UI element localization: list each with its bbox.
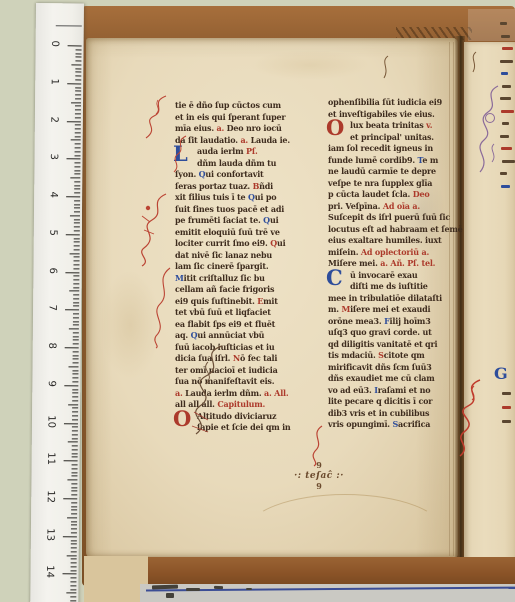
ruler-tick xyxy=(75,98,81,99)
text-line: dib3 vris et in cubilibus xyxy=(328,408,429,420)
ruler-tick xyxy=(73,321,79,322)
ruler-number: 5 xyxy=(47,224,58,240)
text-line: ophenſibilia ſūt iudicia ei9 xyxy=(328,97,442,109)
text-line: lite pecare q dicitis ī cor xyxy=(328,396,432,408)
clipped-text-fragment xyxy=(501,147,512,150)
ruler-tick xyxy=(67,517,77,518)
ruler-tick xyxy=(66,234,80,235)
ruler-tick xyxy=(74,230,80,231)
ruler-tick xyxy=(75,94,81,95)
text-line: et principal' unitas. xyxy=(328,132,434,144)
ruler-tick xyxy=(68,442,78,443)
ruler-tick xyxy=(71,540,77,541)
ruler: 01234567891011121314 xyxy=(30,3,84,602)
ruler-tick xyxy=(71,562,77,563)
text-line: tet vbū ſuū et liqfaciet xyxy=(175,307,271,319)
clipped-text-fragment xyxy=(500,172,507,175)
ruler-tick xyxy=(73,362,79,363)
ruler-tick xyxy=(73,332,79,333)
text-line: vo ad eū3. Iraſami et no xyxy=(328,385,430,397)
ruler-tick xyxy=(75,57,81,58)
ruler-tick xyxy=(75,113,81,114)
clipped-text-fragment xyxy=(501,35,510,38)
ruler-tick xyxy=(66,196,80,197)
text-line: ea flabit ſps ei9 et fluēt xyxy=(175,319,275,331)
ruler-tick xyxy=(70,578,76,579)
debris-mark xyxy=(214,586,223,589)
debris-mark xyxy=(246,588,252,590)
ruler-tick xyxy=(72,393,78,394)
ruler-number: 2 xyxy=(48,111,59,127)
penwork-flourish-red xyxy=(146,266,176,350)
ruler-tick xyxy=(75,76,81,77)
text-line: Mitit criſtalluz ſic bu xyxy=(175,273,265,285)
ruler-tick xyxy=(75,117,81,118)
ruler-tick xyxy=(74,208,80,209)
text-line: mīa eius. a. Deo nro iocū xyxy=(175,123,282,135)
text-line: et in eis qui ſperant ſuper xyxy=(175,112,285,124)
ruler-tick xyxy=(69,366,79,367)
ruler-tick xyxy=(72,464,78,465)
ruler-tick xyxy=(71,472,77,473)
ruler-tick xyxy=(72,468,78,469)
ruler-tick xyxy=(71,64,81,65)
text-line: Miſere mei. a. Añ. Pſ. tel. xyxy=(328,258,435,270)
ruler-tick xyxy=(64,385,78,386)
ruler-tick xyxy=(75,106,81,107)
ruler-tick xyxy=(75,155,81,156)
ruler-tick xyxy=(73,268,79,269)
ruler-tick xyxy=(73,302,79,303)
ruler-tick xyxy=(72,396,78,397)
text-line: diſti me ds iuſtitie xyxy=(328,281,428,293)
text-line: locutus eſt ad habraam et ſemē xyxy=(328,224,463,236)
text-line: dñs exaudiet me cū clam xyxy=(328,373,435,385)
ruler-tick xyxy=(74,249,80,250)
ruler-tick xyxy=(71,491,77,492)
ruler-tick xyxy=(73,279,79,280)
ruler-number: 9 xyxy=(46,375,57,391)
stain-arc xyxy=(246,494,444,570)
clipped-text-fragment xyxy=(502,122,509,125)
text-line: lux beata trinitas v. xyxy=(328,120,432,132)
ruler-tick xyxy=(72,411,78,412)
text-line: cellam añ facie frigoris xyxy=(175,284,274,296)
text-line: uſq3 quo gravi corde. ut xyxy=(328,327,432,339)
text-line: ū invocarē exau xyxy=(328,270,417,282)
text-line: mee in tribulatiōe dilataſti xyxy=(328,293,442,305)
ruler-tick xyxy=(75,110,81,111)
ruler-tick xyxy=(71,476,77,477)
ruler-tick xyxy=(72,430,78,431)
ruler-tick xyxy=(73,351,79,352)
ruler-number: 6 xyxy=(47,262,58,278)
ruler-number: 3 xyxy=(48,149,59,165)
text-line: miſein. Ad oplectoriū a. xyxy=(328,247,429,259)
manuscript-photo: 01234567891011121314 tie ē dño ſup cūcto… xyxy=(0,0,515,602)
ruler-tick xyxy=(72,427,78,428)
ruler-tick xyxy=(75,147,81,148)
ruler-tick xyxy=(70,589,76,590)
pen-trial-cadel xyxy=(182,342,236,438)
ruler-tick xyxy=(73,287,79,288)
clipped-text-fragment xyxy=(501,185,510,188)
ruler-tick xyxy=(73,317,79,318)
ruler-tick xyxy=(70,253,80,254)
clipped-text-fragment xyxy=(500,22,507,25)
ruler-tick xyxy=(68,404,78,405)
ruler-tick xyxy=(71,483,77,484)
ruler-tick xyxy=(74,204,80,205)
text-line: pe frumēti ſaciat te. Qui xyxy=(175,215,278,227)
ruler-tick xyxy=(74,200,80,201)
ruler-number: 11 xyxy=(45,451,56,467)
ruler-tick xyxy=(71,506,77,507)
ruler-tick xyxy=(67,83,81,84)
ruler-tick xyxy=(72,408,78,409)
penwork-flourish-red xyxy=(132,190,174,268)
clipped-text-fragment xyxy=(500,97,511,100)
ruler-tick xyxy=(72,370,78,371)
ruler-tick xyxy=(75,128,81,129)
ruler-tick xyxy=(71,502,77,503)
ruler-tick xyxy=(71,570,77,571)
ruler-tick xyxy=(71,566,77,567)
ruler-tick xyxy=(67,479,77,480)
text-line: Suſcepit ds iſrl puerū ſuū ſic xyxy=(328,212,450,224)
ruler-tick xyxy=(74,193,80,194)
ruler-tick xyxy=(70,600,76,601)
ruler-tick xyxy=(65,347,79,348)
ruler-tick xyxy=(74,223,80,224)
text-line: p cūcta laudet ſcla. Deo xyxy=(328,189,429,201)
text-line: xit filius tuis ī te Qui po xyxy=(175,192,276,204)
ruler-tick xyxy=(72,457,78,458)
text-line: aq. Qui annūciat vbū xyxy=(175,330,264,342)
ruler-tick xyxy=(74,211,80,212)
clipped-text-fragment xyxy=(502,406,511,409)
ruler-tick xyxy=(72,415,78,416)
clipped-text-fragment xyxy=(500,60,513,63)
ruler-tick xyxy=(71,102,81,103)
ruler-tick xyxy=(72,419,78,420)
ruler-number: 10 xyxy=(45,413,56,429)
initial-penwork-red xyxy=(166,134,192,174)
text-line: lociter currit ſmo ei9. Qui xyxy=(175,238,285,250)
ruler-tick xyxy=(63,574,77,575)
ruler-number: 13 xyxy=(44,526,55,542)
clipped-text-fragment xyxy=(501,72,508,75)
ruler-tick xyxy=(67,121,81,122)
text-line: orōne mea3. Filij hoīm3 xyxy=(328,316,431,328)
ruler-tick xyxy=(72,453,78,454)
ruler-tick xyxy=(69,328,79,329)
ruler-tick xyxy=(73,283,79,284)
debris-mark xyxy=(166,593,174,598)
text-line: da ſit laudatio. a. Lauda ie. xyxy=(175,135,290,147)
ruler-tick xyxy=(66,593,76,594)
ruler-tick xyxy=(74,185,80,186)
ruler-tick xyxy=(72,378,78,379)
catchword-mark-below: 9 xyxy=(284,482,354,491)
ruler-tick xyxy=(69,291,79,292)
ruler-tick xyxy=(64,460,78,461)
ruler-tick xyxy=(70,215,80,216)
ruler-tick xyxy=(63,498,77,499)
ruler-number: 8 xyxy=(46,338,57,354)
ruler-tick xyxy=(75,91,81,92)
ruler-tick xyxy=(72,374,78,375)
ruler-tick xyxy=(71,510,77,511)
ruler-tick xyxy=(66,158,80,159)
ruler-tick xyxy=(65,272,79,273)
ruler-tick xyxy=(74,260,80,261)
ruler-tick xyxy=(70,596,76,597)
clipped-text-fragment xyxy=(502,392,511,395)
page-edge-line xyxy=(453,42,454,556)
ruler-tick xyxy=(73,359,79,360)
ruler-tick xyxy=(70,177,80,178)
clipped-text-fragment xyxy=(502,160,515,163)
clipped-text-fragment xyxy=(502,85,511,88)
ruler-tick xyxy=(74,170,80,171)
ruler-tick xyxy=(72,381,78,382)
ruler-tick xyxy=(65,309,79,310)
ruler-tick xyxy=(71,551,77,552)
ruler-tick xyxy=(73,340,79,341)
ruler-tick xyxy=(75,143,81,144)
ruler-tick xyxy=(75,60,81,61)
text-line: ei9 quis ſuſtinebit. Emit xyxy=(175,296,278,308)
penwork-descender-red xyxy=(306,424,328,468)
ruler-tick xyxy=(74,242,80,243)
ruler-tick xyxy=(75,72,81,73)
ruler-number: 0 xyxy=(49,36,60,52)
ruler-tick xyxy=(72,449,78,450)
ruler-tick xyxy=(74,238,80,239)
ruler-tick xyxy=(74,227,80,228)
red-squiggle-paraph xyxy=(450,376,488,460)
ruler-tick xyxy=(74,219,80,220)
clipped-text-fragment xyxy=(502,420,511,423)
right-text-column: ophenſibilia ſūt iudicia ei9et inveſtiga… xyxy=(328,97,452,437)
ruler-tick xyxy=(71,521,77,522)
ruler-tick xyxy=(73,344,79,345)
ruler-tick xyxy=(70,585,76,586)
ruler-tick xyxy=(73,276,79,277)
ruler-tick xyxy=(75,79,81,80)
ruler-tick xyxy=(71,140,81,141)
ruler-tick xyxy=(73,325,79,326)
text-line: m. Miſere mei et exaudi xyxy=(328,304,430,316)
ruler-tick xyxy=(75,132,81,133)
ruler-tick xyxy=(70,581,76,582)
ruler-tick xyxy=(71,532,77,533)
ruler-tick xyxy=(74,181,80,182)
ruler-tick xyxy=(71,544,77,545)
ruler-number: 1 xyxy=(49,73,60,89)
ruler-tick xyxy=(71,525,77,526)
ruler-tick xyxy=(73,306,79,307)
ruler-tick xyxy=(73,336,79,337)
text-line: funde lumē cordib9. Te m xyxy=(328,155,438,167)
ruler-tick xyxy=(75,68,81,69)
text-line: eius exaltare humiles. iuxt xyxy=(328,235,442,247)
text-line: vris opungimī. Sacrifica xyxy=(328,419,430,431)
ruler-tick xyxy=(76,53,82,54)
ruler-tick xyxy=(71,547,77,548)
ruler-tick xyxy=(63,536,77,537)
text-line: ſuit fines tuos pacē et adi xyxy=(175,204,284,216)
ruler-tick xyxy=(73,298,79,299)
text-line: ſeras portaz tuaz. Bñdi xyxy=(175,181,273,193)
text-line: tis mdaciū. Scitote qm xyxy=(328,350,425,362)
ruler-tick xyxy=(75,87,81,88)
ruler-tick xyxy=(71,495,77,496)
ruler-tick xyxy=(72,434,78,435)
underlying-leaf-edge xyxy=(84,556,148,602)
ruler-tick xyxy=(74,257,80,258)
ruler-tick xyxy=(73,264,79,265)
ruler-tick xyxy=(74,162,80,163)
debris-mark xyxy=(186,588,200,591)
text-line: qd diligitis vanitatē et qri xyxy=(328,339,437,351)
ruler-number: 7 xyxy=(46,300,57,316)
ruler-tick xyxy=(73,294,79,295)
text-line: pri. Veſpīna. Ad oīa a. xyxy=(328,201,420,213)
text-line: ne laudū carmīe te depre xyxy=(328,166,436,178)
text-line: dat nivē ſic lanaz nebu xyxy=(175,250,272,262)
ruler-tick xyxy=(76,49,82,50)
ruler-tick xyxy=(74,245,80,246)
ruler-tick xyxy=(74,189,80,190)
ruler-number: 4 xyxy=(48,187,59,203)
facing-page-partial-initial: G xyxy=(494,364,515,383)
ruler-tick xyxy=(74,166,80,167)
ruler-tick xyxy=(75,125,81,126)
ruler-number: 14 xyxy=(44,564,55,580)
text-line: lam ſic cinerē ſpargit. xyxy=(175,261,268,273)
ruler-number: 12 xyxy=(45,488,56,504)
ruler-printed-edge xyxy=(56,25,82,26)
text-line: iam ſol recedit igneus in xyxy=(328,143,433,155)
pen-curl xyxy=(466,50,482,74)
clipped-text-fragment xyxy=(500,135,509,138)
ruler-tick xyxy=(72,389,78,390)
ruler-tick xyxy=(71,513,77,514)
ruler-tick xyxy=(72,438,78,439)
ruler-tick xyxy=(73,355,79,356)
text-line: mirificavit dñs ſcm ſuū3 xyxy=(328,362,432,374)
text-line: veſpe te nra ſupplex glīa xyxy=(328,178,432,190)
ruler-tick xyxy=(72,445,78,446)
text-line: tie ē dño ſup cūctos cum xyxy=(175,100,281,112)
ruler-tick xyxy=(72,400,78,401)
ruler-tick xyxy=(64,423,78,424)
ruler-tick xyxy=(73,313,79,314)
ruler-tick xyxy=(68,45,82,46)
text-line: emitit eloquiū ſuū trē ve xyxy=(175,227,280,239)
pen-curl xyxy=(376,54,394,80)
clipped-text-fragment xyxy=(501,110,514,113)
ruler-tick xyxy=(71,487,77,488)
ruler-tick xyxy=(74,174,80,175)
ruler-tick xyxy=(75,151,81,152)
ruler-tick xyxy=(71,559,77,560)
ruler-tick xyxy=(67,555,77,556)
ruler-tick xyxy=(71,528,77,529)
ruler-tick xyxy=(75,136,81,137)
clipped-text-fragment xyxy=(502,47,513,50)
